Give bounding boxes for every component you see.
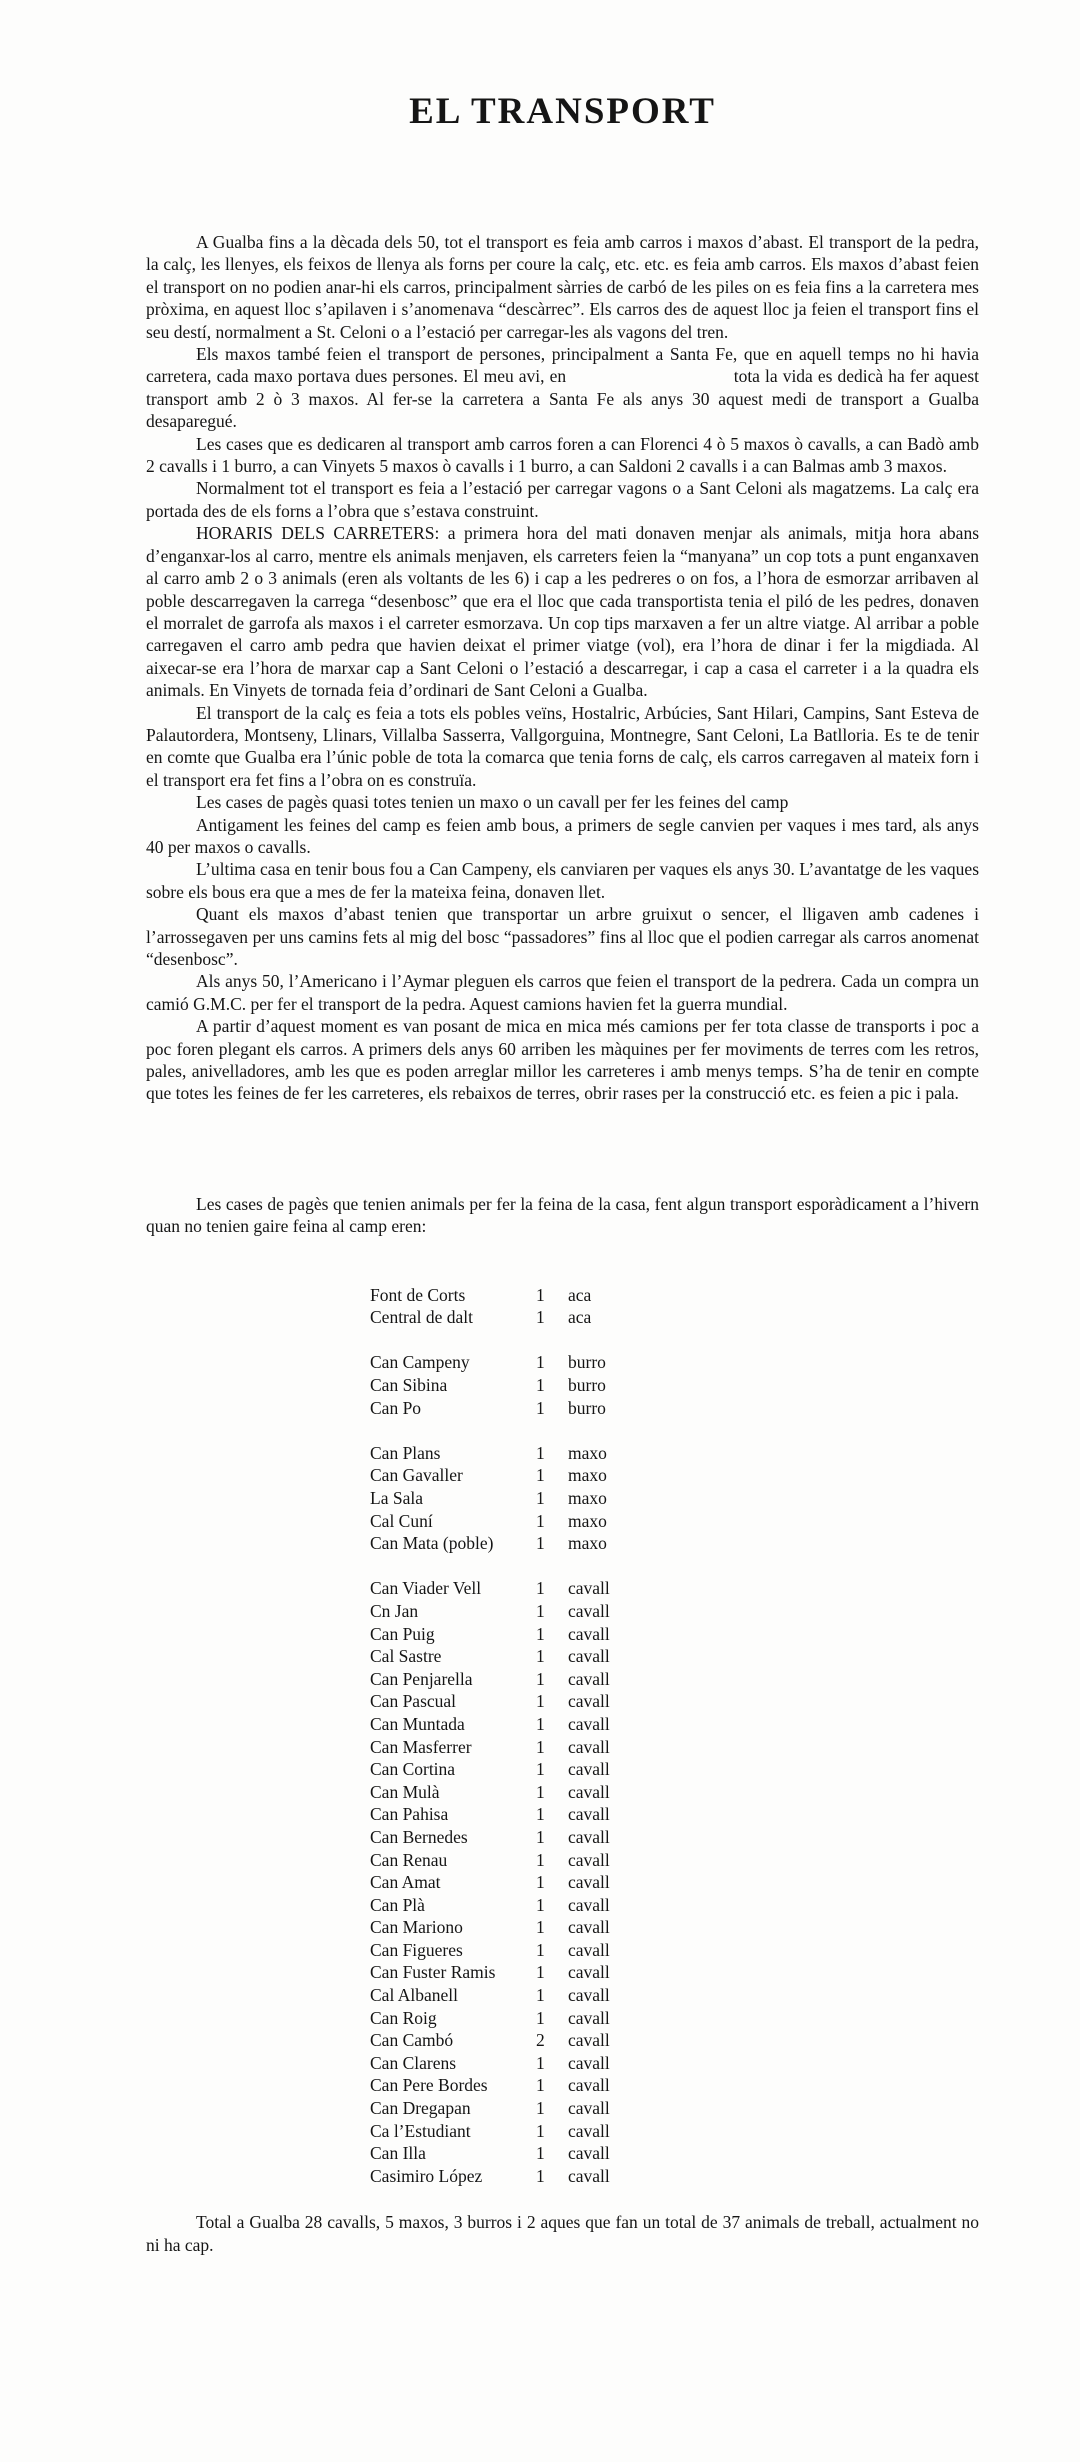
animal-type: cavall	[568, 1781, 979, 1804]
house-name: Central de dalt	[370, 1306, 536, 1329]
animal-type: maxo	[568, 1464, 979, 1487]
paragraph: A Gualba fins a la dècada dels 50, tot e…	[146, 231, 979, 343]
animal-type: cavall	[568, 1758, 979, 1781]
house-name: Can Bernedes	[370, 1826, 536, 1849]
animal-count: 1	[536, 1374, 568, 1397]
animal-count: 1	[536, 1736, 568, 1759]
table-row: Can Pascual1cavall	[370, 1690, 979, 1713]
animal-type: cavall	[568, 1736, 979, 1759]
animal-count: 1	[536, 1803, 568, 1826]
table-row: Can Amat1cavall	[370, 1871, 979, 1894]
house-name: Can Penjarella	[370, 1668, 536, 1691]
intro-paragraph: Les cases de pagès que tenien animals pe…	[146, 1193, 979, 1238]
paragraph: L’ultima casa en tenir bous fou a Can Ca…	[146, 858, 979, 903]
table-row: Can Pere Bordes1cavall	[370, 2074, 979, 2097]
table-row: Can Clarens1cavall	[370, 2052, 979, 2075]
table-row: Can Penjarella1cavall	[370, 1668, 979, 1691]
animal-count: 1	[536, 1713, 568, 1736]
animal-count: 1	[536, 2142, 568, 2165]
table-row: Can Plà1cavall	[370, 1894, 979, 1917]
table-row: Can Pahisa1cavall	[370, 1803, 979, 1826]
animal-count: 1	[536, 1690, 568, 1713]
house-name: Can Campeny	[370, 1351, 536, 1374]
table-row: Cal Albanell1cavall	[370, 1984, 979, 2007]
table-row: Cn Jan1cavall	[370, 1600, 979, 1623]
table-row: Can Fuster Ramis1cavall	[370, 1961, 979, 1984]
table-row: Cal Sastre1cavall	[370, 1645, 979, 1668]
paragraph: Als anys 50, l’Americano i l’Aymar plegu…	[146, 970, 979, 1015]
house-name: Can Roig	[370, 2007, 536, 2030]
animal-count: 2	[536, 2029, 568, 2052]
animal-type: cavall	[568, 2165, 979, 2188]
house-name: Can Po	[370, 1397, 536, 1420]
animal-count: 1	[536, 2007, 568, 2030]
animal-type: cavall	[568, 2074, 979, 2097]
table-row: Can Cortina1cavall	[370, 1758, 979, 1781]
table-row: Can Illa1cavall	[370, 2142, 979, 2165]
animal-count: 1	[536, 1284, 568, 1307]
house-name: Ca l’Estudiant	[370, 2120, 536, 2143]
page-title: EL TRANSPORT	[146, 0, 979, 132]
document-page: EL TRANSPORT A Gualba fins a la dècada d…	[0, 0, 1080, 2462]
animal-type: cavall	[568, 2029, 979, 2052]
animal-group: Can Plans1maxoCan Gavaller1maxoLa Sala1m…	[370, 1442, 979, 1555]
animal-group: Font de Corts1acaCentral de dalt1aca	[370, 1284, 979, 1329]
animal-table: Font de Corts1acaCentral de dalt1acaCan …	[370, 1284, 979, 2188]
table-row: Cal Cuní1maxo	[370, 1510, 979, 1533]
house-name: Font de Corts	[370, 1284, 536, 1307]
animal-type: cavall	[568, 1690, 979, 1713]
animal-count: 1	[536, 1916, 568, 1939]
table-row: Can Renau1cavall	[370, 1849, 979, 1872]
animal-count: 1	[536, 2120, 568, 2143]
animal-count: 1	[536, 1668, 568, 1691]
animal-count: 1	[536, 1871, 568, 1894]
table-row: Can Mata (poble)1maxo	[370, 1532, 979, 1555]
house-name: Can Gavaller	[370, 1464, 536, 1487]
animal-type: cavall	[568, 1713, 979, 1736]
table-row: Ca l’Estudiant1cavall	[370, 2120, 979, 2143]
paragraph: Antigament les feines del camp es feien …	[146, 814, 979, 859]
table-row: Can Sibina1burro	[370, 1374, 979, 1397]
house-name: Can Amat	[370, 1871, 536, 1894]
animal-type: cavall	[568, 1939, 979, 1962]
animal-group: Can Viader Vell1cavallCn Jan1cavallCan P…	[370, 1577, 979, 2187]
house-name: Cn Jan	[370, 1600, 536, 1623]
table-row: Can Viader Vell1cavall	[370, 1577, 979, 1600]
paragraph: Els maxos també feien el transport de pe…	[146, 343, 979, 433]
animal-count: 1	[536, 1984, 568, 2007]
house-name: Can Clarens	[370, 2052, 536, 2075]
house-name: Can Plà	[370, 1894, 536, 1917]
house-name: Can Mulà	[370, 1781, 536, 1804]
animal-count: 1	[536, 1623, 568, 1646]
house-name: Can Pahisa	[370, 1803, 536, 1826]
animal-type: burro	[568, 1397, 979, 1420]
animal-type: burro	[568, 1374, 979, 1397]
animal-type: cavall	[568, 1645, 979, 1668]
table-row: Can Masferrer1cavall	[370, 1736, 979, 1759]
table-row: Can Dregapan1cavall	[370, 2097, 979, 2120]
animal-type: cavall	[568, 1826, 979, 1849]
animal-count: 1	[536, 1464, 568, 1487]
house-name: Can Mariono	[370, 1916, 536, 1939]
animal-type: cavall	[568, 1577, 979, 1600]
animal-type: maxo	[568, 1487, 979, 1510]
table-row: Can Mulà1cavall	[370, 1781, 979, 1804]
house-name: Can Puig	[370, 1623, 536, 1646]
animal-type: cavall	[568, 1849, 979, 1872]
house-name: Can Plans	[370, 1442, 536, 1465]
animal-type: cavall	[568, 1600, 979, 1623]
table-row: Can Campeny1burro	[370, 1351, 979, 1374]
animal-type: maxo	[568, 1510, 979, 1533]
house-name: Can Illa	[370, 2142, 536, 2165]
animal-type: cavall	[568, 1668, 979, 1691]
table-row: Can Bernedes1cavall	[370, 1826, 979, 1849]
animal-count: 1	[536, 1510, 568, 1533]
animal-type: cavall	[568, 1984, 979, 2007]
house-name: Can Figueres	[370, 1939, 536, 1962]
animal-type: aca	[568, 1284, 979, 1307]
animal-count: 1	[536, 1894, 568, 1917]
animal-count: 1	[536, 1306, 568, 1329]
table-row: Can Figueres1cavall	[370, 1939, 979, 1962]
table-row: Font de Corts1aca	[370, 1284, 979, 1307]
house-name: Can Muntada	[370, 1713, 536, 1736]
animal-type: maxo	[568, 1532, 979, 1555]
animal-count: 1	[536, 2074, 568, 2097]
animal-type: cavall	[568, 2097, 979, 2120]
animal-count: 1	[536, 1351, 568, 1374]
body-paragraphs: A Gualba fins a la dècada dels 50, tot e…	[146, 231, 979, 1105]
table-row: Can Muntada1cavall	[370, 1713, 979, 1736]
house-name: La Sala	[370, 1487, 536, 1510]
animal-count: 1	[536, 1939, 568, 1962]
animal-type: aca	[568, 1306, 979, 1329]
house-name: Can Viader Vell	[370, 1577, 536, 1600]
table-row: Can Po1burro	[370, 1397, 979, 1420]
animal-type: burro	[568, 1351, 979, 1374]
animal-type: cavall	[568, 2142, 979, 2165]
animal-count: 1	[536, 1397, 568, 1420]
paragraph: Quant els maxos d’abast tenien que trans…	[146, 903, 979, 970]
house-name: Cal Sastre	[370, 1645, 536, 1668]
animal-count: 1	[536, 2052, 568, 2075]
animal-count: 1	[536, 1442, 568, 1465]
house-name: Can Masferrer	[370, 1736, 536, 1759]
house-name: Cal Albanell	[370, 1984, 536, 2007]
house-name: Can Mata (poble)	[370, 1532, 536, 1555]
table-row: Can Puig1cavall	[370, 1623, 979, 1646]
table-row: Can Roig1cavall	[370, 2007, 979, 2030]
animal-count: 1	[536, 1826, 568, 1849]
house-name: Can Cortina	[370, 1758, 536, 1781]
house-name: Cal Cuní	[370, 1510, 536, 1533]
animal-type: cavall	[568, 1916, 979, 1939]
house-name: Can Dregapan	[370, 2097, 536, 2120]
document-body: A Gualba fins a la dècada dels 50, tot e…	[146, 231, 979, 2256]
animal-count: 1	[536, 2097, 568, 2120]
paragraph: Normalment tot el transport es feia a l’…	[146, 477, 979, 522]
house-name: Can Pere Bordes	[370, 2074, 536, 2097]
closing-paragraph: Total a Gualba 28 cavalls, 5 maxos, 3 bu…	[146, 2211, 979, 2256]
animal-count: 1	[536, 1645, 568, 1668]
animal-count: 1	[536, 1577, 568, 1600]
animal-count: 1	[536, 2165, 568, 2188]
animal-type: cavall	[568, 1961, 979, 1984]
animal-type: cavall	[568, 1871, 979, 1894]
table-row: La Sala1maxo	[370, 1487, 979, 1510]
animal-type: cavall	[568, 2120, 979, 2143]
animal-count: 1	[536, 1758, 568, 1781]
paragraph: Les cases de pagès quasi totes tenien un…	[146, 791, 979, 813]
house-name: Can Cambó	[370, 2029, 536, 2052]
animal-type: cavall	[568, 1894, 979, 1917]
table-row: Can Gavaller1maxo	[370, 1464, 979, 1487]
paragraph: El transport de la calç es feia a tots e…	[146, 702, 979, 792]
animal-type: cavall	[568, 2052, 979, 2075]
paragraph: HORARIS DELS CARRETERS: a primera hora d…	[146, 522, 979, 701]
paragraph: Les cases que es dedicaren al transport …	[146, 433, 979, 478]
animal-count: 1	[536, 1532, 568, 1555]
animal-type: cavall	[568, 2007, 979, 2030]
house-name: Can Renau	[370, 1849, 536, 1872]
animal-count: 1	[536, 1487, 568, 1510]
table-row: Central de dalt1aca	[370, 1306, 979, 1329]
house-name: Can Fuster Ramis	[370, 1961, 536, 1984]
animal-group: Can Campeny1burroCan Sibina1burroCan Po1…	[370, 1351, 979, 1419]
table-row: Casimiro López1cavall	[370, 2165, 979, 2188]
animal-count: 1	[536, 1600, 568, 1623]
house-name: Can Sibina	[370, 1374, 536, 1397]
table-row: Can Mariono1cavall	[370, 1916, 979, 1939]
house-name: Casimiro López	[370, 2165, 536, 2188]
house-name: Can Pascual	[370, 1690, 536, 1713]
table-row: Can Plans1maxo	[370, 1442, 979, 1465]
animal-count: 1	[536, 1781, 568, 1804]
paragraph: A partir d’aquest moment es van posant d…	[146, 1015, 979, 1105]
animal-count: 1	[536, 1849, 568, 1872]
table-row: Can Cambó2cavall	[370, 2029, 979, 2052]
animal-type: maxo	[568, 1442, 979, 1465]
animal-type: cavall	[568, 1803, 979, 1826]
animal-type: cavall	[568, 1623, 979, 1646]
animal-count: 1	[536, 1961, 568, 1984]
